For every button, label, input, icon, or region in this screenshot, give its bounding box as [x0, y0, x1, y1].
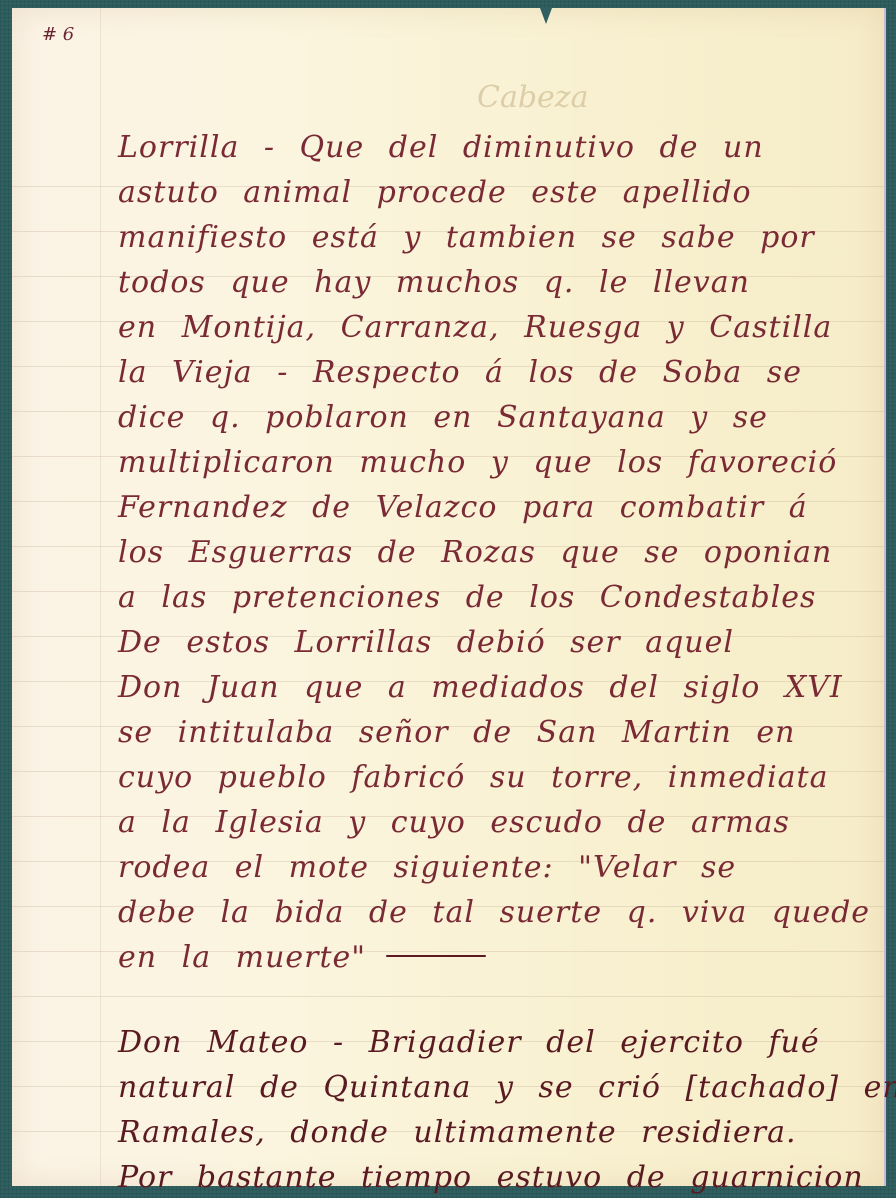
section-separator	[386, 955, 486, 957]
text-line: Don Juan que a mediados del siglo XVI	[118, 665, 868, 710]
entry-lorrilla: Lorrilla - Que del diminutivo de un astu…	[118, 125, 868, 980]
text-line: la Vieja - Respecto á los de Soba se	[118, 350, 868, 395]
text-line: a la Iglesia y cuyo escudo de armas	[118, 800, 868, 845]
text-line: multiplicaron mucho y que los favoreció	[118, 440, 868, 485]
text-line: De estos Lorrillas debió ser aquel	[118, 620, 868, 665]
text-line: cuyo pueblo fabricó su torre, inmediata	[118, 755, 868, 800]
text-line: debe la bida de tal suerte q. viva quede	[118, 890, 868, 935]
text-line: Lorrilla - Que del diminutivo de un	[118, 125, 868, 170]
text-line: rodea el mote siguiente: "Velar se	[118, 845, 868, 890]
text-line: a las pretenciones de los Condestables	[118, 575, 868, 620]
section-gap	[118, 980, 868, 1020]
text-line: en Montija, Carranza, Ruesga y Castilla	[118, 305, 868, 350]
text-line: astuto animal procede este apellido	[118, 170, 868, 215]
manuscript-text: Lorrilla - Que del diminutivo de un astu…	[118, 125, 868, 1198]
text-line: Don Mateo - Brigadier del ejercito fué	[118, 1020, 868, 1065]
margin-line	[100, 8, 101, 1186]
text-line: dice q. poblaron en Santayana y se	[118, 395, 868, 440]
page-notch	[540, 8, 552, 24]
text-line: natural de Quintana y se crió [tachado] …	[118, 1065, 868, 1110]
text-line: manifiesto está y tambien se sabe por	[118, 215, 868, 260]
text-line: se intitulaba señor de San Martin en	[118, 710, 868, 755]
text-line: en la muerte"	[118, 935, 868, 980]
text-line: los Esguerras de Rozas que se oponian	[118, 530, 868, 575]
entry-don-mateo: Don Mateo - Brigadier del ejercito fué n…	[118, 1020, 868, 1198]
folio-mark: # 6	[42, 24, 74, 45]
faint-header: Cabeza	[477, 80, 589, 115]
text-line: Ramales, donde ultimamente residiera.	[118, 1110, 868, 1155]
text-line: todos que hay muchos q. le llevan	[118, 260, 868, 305]
text-line: Por bastante tiempo estuvo de guarnicion	[118, 1155, 868, 1198]
text-line: Fernandez de Velazco para combatir á	[118, 485, 868, 530]
